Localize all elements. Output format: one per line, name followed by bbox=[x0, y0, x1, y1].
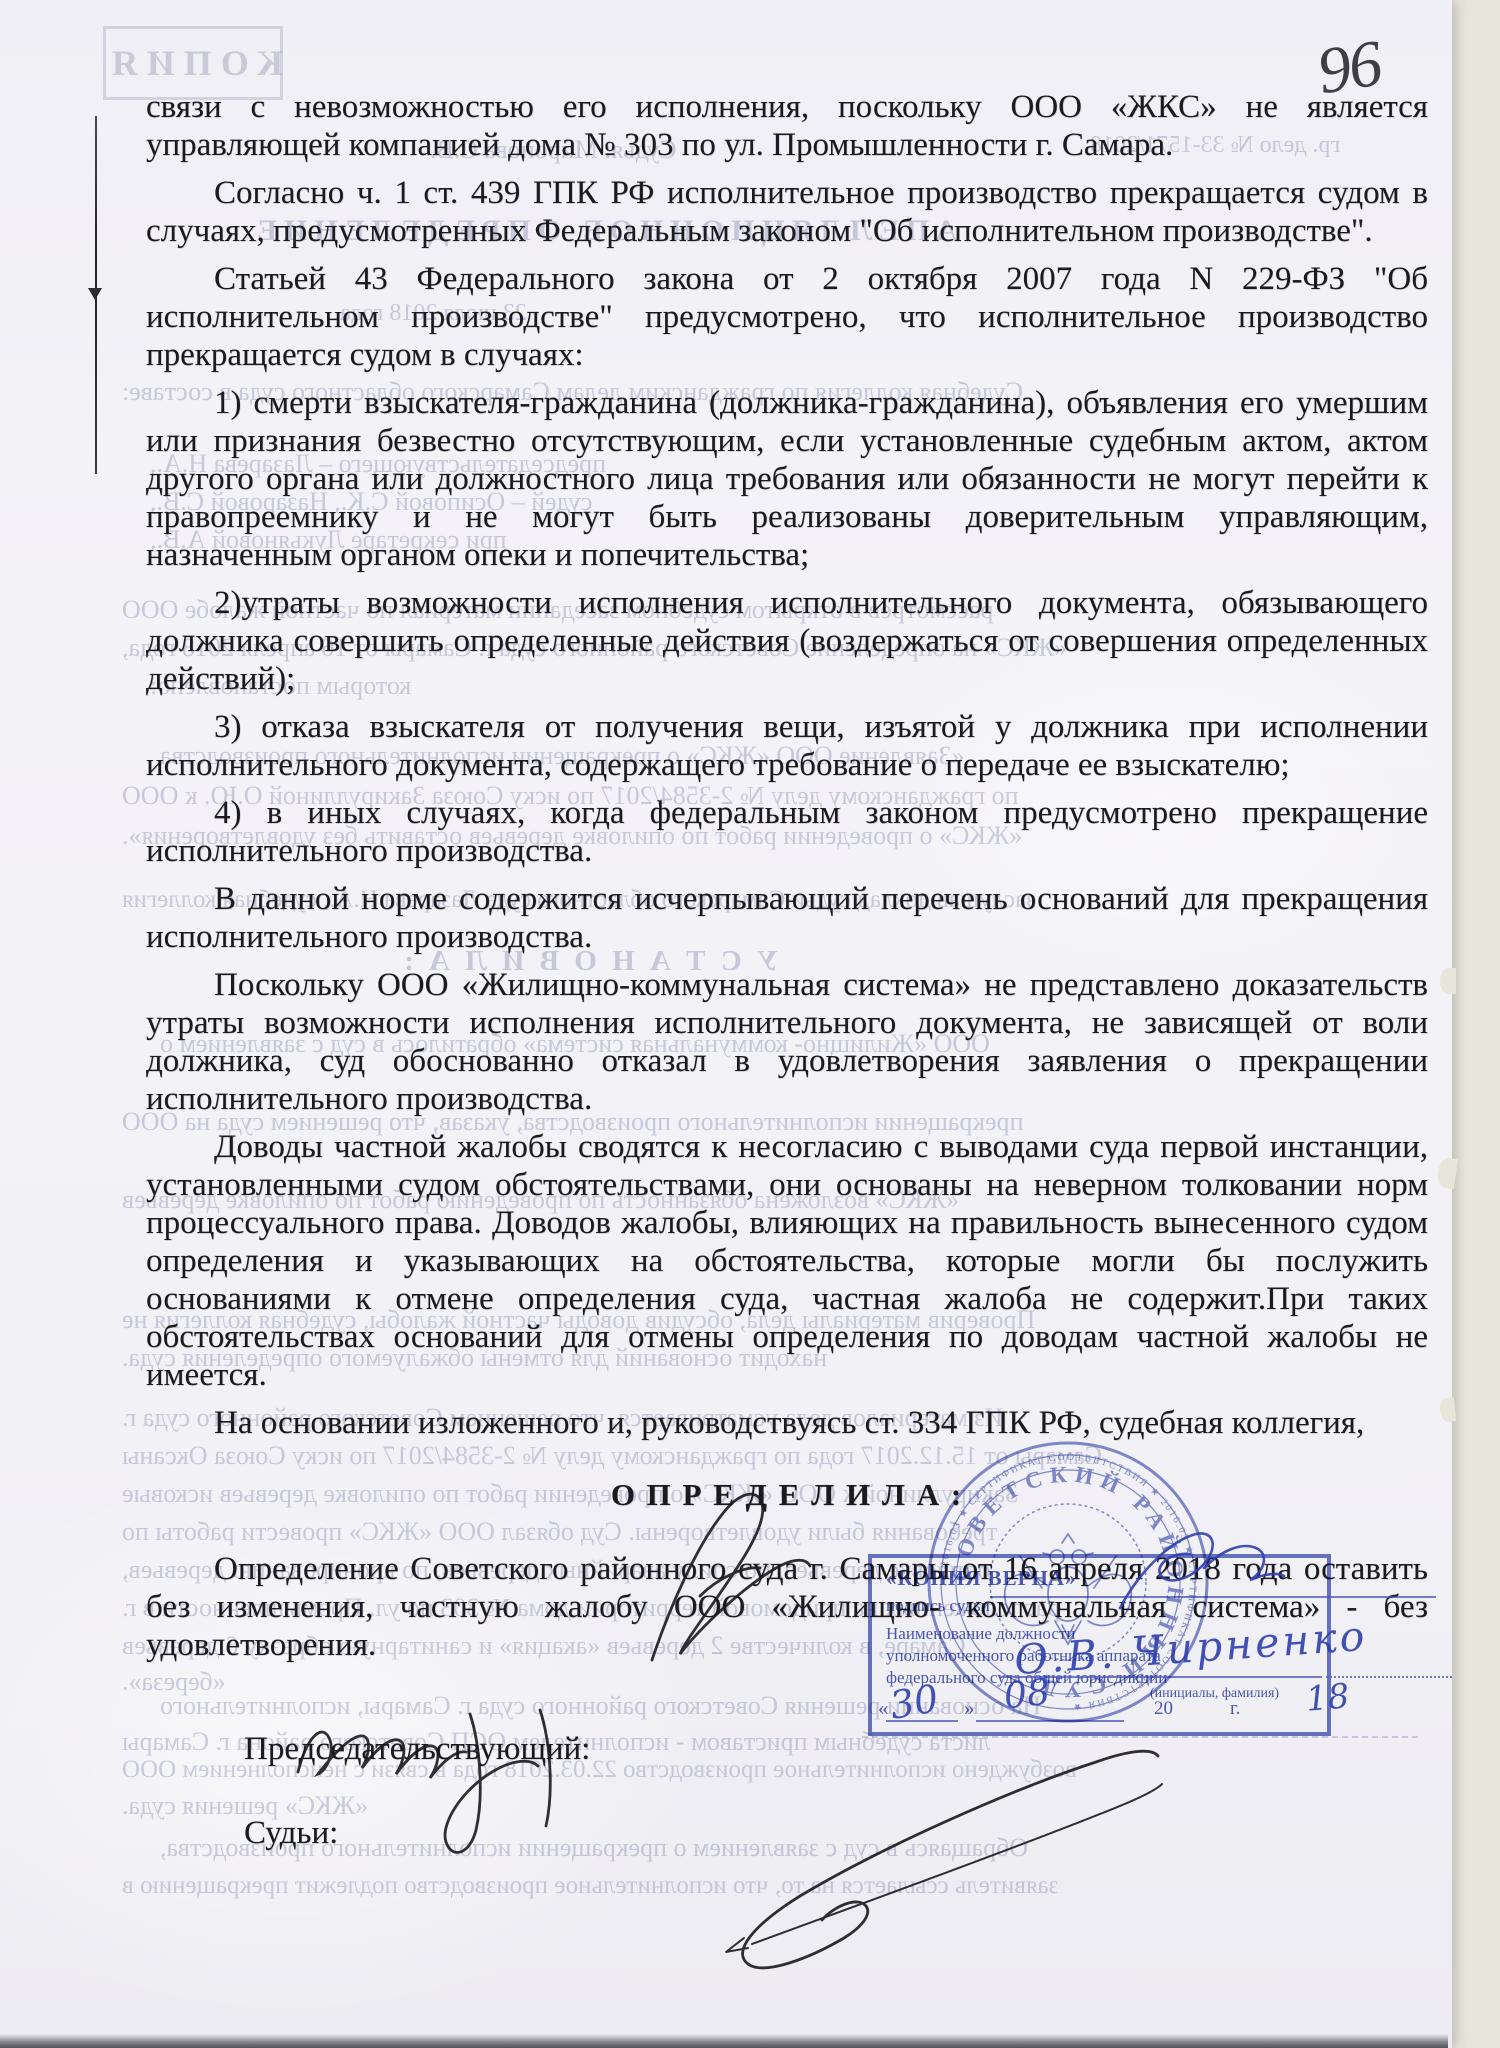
paper-sheet: Судья: Миронова С.В.гр. дело № 33-1571/2… bbox=[0, 0, 1452, 2048]
paragraph: Статьей 43 Федерального закона от 2 октя… bbox=[146, 260, 1428, 374]
pen-mark-blob bbox=[88, 288, 102, 300]
document-body: связи с невозможностью его исполнения, п… bbox=[146, 88, 1428, 1442]
paragraph: связи с невозможностью его исполнения, п… bbox=[146, 88, 1428, 164]
paragraph: Согласно ч. 1 ст. 439 ГПК РФ исполнитель… bbox=[146, 174, 1428, 250]
scan-bottom-edge-shadow bbox=[0, 2034, 1448, 2048]
stamp-quote-open: « bbox=[878, 1696, 889, 1721]
round-court-seal: ★ 2016.03 ★ СЕРТИФИКАТ СООТВЕТСТВИЯ ★ 20… bbox=[922, 1436, 1214, 1728]
bleedthrough-copy-stamp-text: КОПИЯ bbox=[103, 42, 283, 84]
paragraph: 2)утраты возможности исполнения исполнит… bbox=[146, 584, 1428, 698]
paragraph: В данной норме содержится исчерпывающий … bbox=[146, 880, 1428, 956]
stamp-date-suffix: г. bbox=[1230, 1698, 1240, 1720]
judges-label: Судьи: bbox=[146, 1814, 1428, 1852]
paragraph: 4) в иных случаях, когда федеральным зак… bbox=[146, 794, 1428, 870]
paragraph: 3) отказа взыскателя от получения вещи, … bbox=[146, 708, 1428, 784]
handwritten-day: 30 bbox=[887, 1676, 942, 1728]
bleedthrough-line: заявитель ссылается на то, что исполните… bbox=[122, 1872, 1058, 1900]
paragraph: Доводы частной жалобы сводятся к несогла… bbox=[146, 1128, 1428, 1394]
handwritten-month: 08 bbox=[1002, 1672, 1052, 1718]
paragraph: Поскольку ООО «Жилищно-коммунальная сист… bbox=[146, 966, 1428, 1118]
paragraph: На основании изложенного и, руководствуя… bbox=[146, 1404, 1428, 1442]
handwritten-page-number: 96 bbox=[1312, 26, 1385, 111]
handwritten-year: 18 bbox=[1304, 1676, 1351, 1720]
resolution-heading: О П Р Е Д Е Л И Л А : bbox=[146, 1476, 1428, 1514]
double-headed-eagle-icon bbox=[1005, 1534, 1132, 1644]
paragraph: 1) смерти взыскателя-гражданина (должник… bbox=[146, 384, 1428, 574]
scanned-court-document: Судья: Миронова С.В.гр. дело № 33-1571/2… bbox=[0, 0, 1500, 2048]
